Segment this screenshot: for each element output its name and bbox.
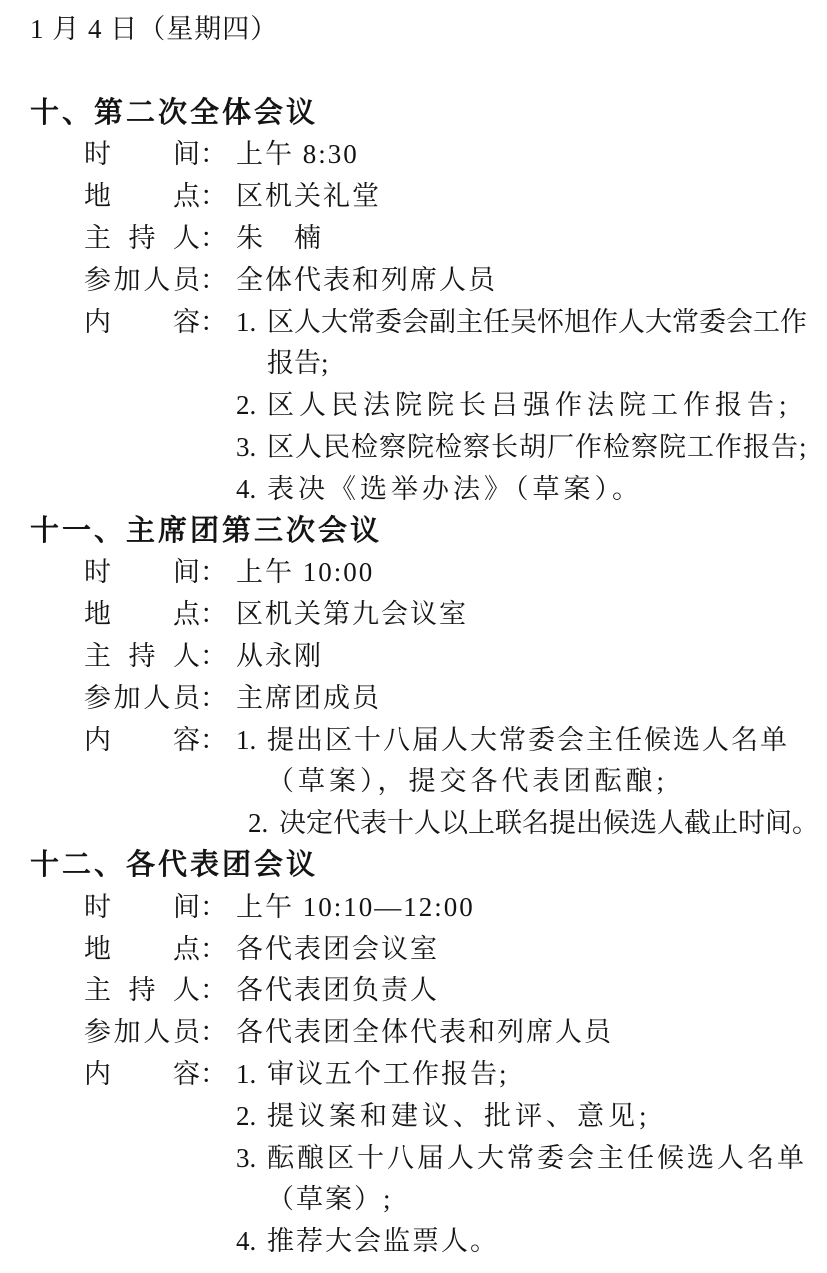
label-char: 点 [173, 594, 200, 636]
field-label: 参加人员 [84, 678, 200, 720]
label-colon: ： [200, 720, 227, 762]
field-value: 区机关礼堂 [236, 176, 381, 218]
field-label: 地点 [84, 929, 200, 971]
item-lines: 区人大常委会副主任吴怀旭作人大常委会工作报告; [267, 302, 807, 386]
label-char: 人 [173, 970, 200, 1012]
field-row-参加人员: 参加人员：全体代表和列席人员 [0, 260, 827, 302]
label-char: 容 [173, 720, 200, 762]
label-char: 人 [173, 636, 200, 678]
field-label: 地点 [84, 176, 200, 218]
item-number: 2. [248, 803, 279, 845]
item-lines: 表决《选举办法》（草案）。 [267, 469, 643, 511]
section-3: 十二、各代表团会议时间：上午 10:10—12:00地点：各代表团会议室主持人：… [0, 845, 827, 1263]
content-line: 区人民法院院长吕强作法院工作报告; [267, 385, 792, 427]
label-char: 加 [114, 260, 141, 302]
field-label: 时间 [84, 887, 200, 929]
content-line: 报告; [267, 343, 807, 385]
label-char: 加 [114, 678, 141, 720]
content-item-1.: 1.区人大常委会副主任吴怀旭作人大常委会工作报告; [236, 302, 808, 386]
label-char: 参 [84, 678, 111, 720]
label-colon: ： [200, 929, 227, 971]
label-char: 员 [173, 260, 200, 302]
field-label-line: 主持人： [84, 970, 227, 1012]
content-item-2.: 2.决定代表十人以上联名提出候选人截止时间。 [248, 803, 819, 845]
item-lines: 区人民检察院检察长胡厂作检察院工作报告; [267, 427, 808, 469]
field-label: 主持人 [84, 970, 200, 1012]
field-label: 内容 [84, 302, 200, 344]
field-row-内容: 内容：1.提出区十八届人大常委会主任候选人名单（草案），提交各代表团酝酿;2.决… [0, 720, 827, 845]
content-line: 区人民检察院检察长胡厂作检察院工作报告; [267, 427, 808, 469]
field-row-参加人员: 参加人员：各代表团全体代表和列席人员 [0, 1012, 827, 1054]
content-line: 提出区十八届人大常委会主任候选人名单 [267, 720, 789, 762]
field-value: 朱 楠 [236, 218, 323, 260]
item-number: 2. [236, 385, 267, 427]
label-char: 人 [143, 260, 170, 302]
label-colon: ： [200, 176, 227, 218]
label-char: 时 [84, 887, 111, 929]
label-char: 地 [84, 929, 111, 971]
item-number: 4. [236, 1221, 267, 1263]
document-page: 1 月 4 日（星期四） 十、第二次全体会议时间：上午 8:30地点：区机关礼堂… [0, 0, 827, 1273]
section-heading: 十二、各代表团会议 [30, 845, 827, 887]
field-value: 各代表团会议室 [236, 929, 439, 971]
content-item-2.: 2.区人民法院院长吕强作法院工作报告; [236, 385, 808, 427]
field-row-地点: 地点：区机关第九会议室 [0, 594, 827, 636]
field-label: 内容 [84, 1054, 200, 1096]
field-label-line: 参加人员： [84, 260, 227, 302]
label-char: 持 [129, 636, 156, 678]
field-label-line: 主持人： [84, 636, 227, 678]
label-colon: ： [200, 302, 227, 344]
label-char: 内 [84, 720, 111, 762]
label-char: 容 [173, 302, 200, 344]
item-lines: 推荐大会监票人。 [267, 1221, 499, 1263]
label-colon: ： [200, 134, 227, 176]
label-char: 人 [143, 1012, 170, 1054]
label-char: 参 [84, 1012, 111, 1054]
content-item-3.: 3.酝酿区十八届人大常委会主任候选人名单（草案）; [236, 1138, 807, 1222]
content-line: 酝酿区十八届人大常委会主任候选人名单 [267, 1138, 807, 1180]
item-number: 3. [236, 1138, 267, 1180]
label-colon: ： [200, 887, 227, 929]
label-colon: ： [200, 260, 227, 302]
item-lines: 决定代表十人以上联名提出候选人截止时间。 [279, 803, 819, 845]
label-char: 点 [173, 929, 200, 971]
field-label: 时间 [84, 552, 200, 594]
item-lines: 提出区十八届人大常委会主任候选人名单（草案），提交各代表团酝酿; [267, 720, 789, 804]
content-line: 表决《选举办法》（草案）。 [267, 469, 643, 511]
label-colon: ： [200, 218, 227, 260]
field-value: 上午 10:00 [236, 552, 374, 594]
field-row-地点: 地点：区机关礼堂 [0, 176, 827, 218]
content-line: 区人大常委会副主任吴怀旭作人大常委会工作 [267, 302, 807, 344]
field-label-line: 内容： [84, 1054, 227, 1096]
item-number: 4. [236, 469, 267, 511]
item-lines: 酝酿区十八届人大常委会主任候选人名单（草案）; [267, 1138, 807, 1222]
item-number: 1. [236, 302, 267, 344]
field-value: 各代表团全体代表和列席人员 [236, 1012, 613, 1054]
section-1: 十、第二次全体会议时间：上午 8:30地点：区机关礼堂主持人：朱 楠参加人员：全… [0, 93, 827, 511]
item-number: 1. [236, 720, 267, 762]
label-colon: ： [200, 636, 227, 678]
content-items: 1.提出区十八届人大常委会主任候选人名单（草案），提交各代表团酝酿;2.决定代表… [236, 720, 819, 845]
label-char: 人 [143, 678, 170, 720]
field-label: 参加人员 [84, 1012, 200, 1054]
label-char: 内 [84, 302, 111, 344]
content-items: 1.审议五个工作报告;2.提议案和建议、批评、意见;3.酝酿区十八届人大常委会主… [236, 1054, 807, 1263]
field-label-line: 内容： [84, 720, 227, 762]
label-colon: ： [200, 1012, 227, 1054]
label-char: 人 [173, 218, 200, 260]
field-row-主持人: 主持人：朱 楠 [0, 218, 827, 260]
item-number: 2. [236, 1096, 267, 1138]
section-2: 十一、主席团第三次会议时间：上午 10:00地点：区机关第九会议室主持人：从永刚… [0, 511, 827, 845]
field-row-地点: 地点：各代表团会议室 [0, 929, 827, 971]
field-label: 地点 [84, 594, 200, 636]
label-char: 主 [84, 970, 111, 1012]
field-label-line: 地点： [84, 176, 227, 218]
field-value: 从永刚 [236, 636, 323, 678]
field-label-line: 地点： [84, 929, 227, 971]
item-lines: 提议案和建议、批评、意见; [267, 1096, 651, 1138]
field-label-line: 主持人： [84, 218, 227, 260]
field-label-line: 参加人员： [84, 1012, 227, 1054]
label-char: 地 [84, 594, 111, 636]
label-char: 间 [173, 887, 200, 929]
field-row-时间: 时间：上午 10:00 [0, 552, 827, 594]
label-char: 持 [129, 970, 156, 1012]
content-line: （草案），提交各代表团酝酿; [267, 761, 789, 803]
item-lines: 区人民法院院长吕强作法院工作报告; [267, 385, 792, 427]
content-item-1.: 1.提出区十八届人大常委会主任候选人名单（草案），提交各代表团酝酿; [236, 720, 819, 804]
label-char: 时 [84, 134, 111, 176]
date-line: 1 月 4 日（星期四） [30, 9, 827, 51]
field-label: 主持人 [84, 636, 200, 678]
field-label-line: 时间： [84, 887, 227, 929]
field-value: 全体代表和列席人员 [236, 260, 497, 302]
label-char: 地 [84, 176, 111, 218]
label-char: 间 [173, 134, 200, 176]
label-colon: ： [200, 970, 227, 1012]
label-char: 员 [173, 678, 200, 720]
label-colon: ： [200, 1054, 227, 1096]
field-label: 参加人员 [84, 260, 200, 302]
content-item-2.: 2.提议案和建议、批评、意见; [236, 1096, 807, 1138]
label-char: 主 [84, 218, 111, 260]
content-item-1.: 1.审议五个工作报告; [236, 1054, 807, 1096]
field-row-时间: 时间：上午 10:10—12:00 [0, 887, 827, 929]
content-item-3.: 3.区人民检察院检察长胡厂作检察院工作报告; [236, 427, 808, 469]
field-value: 上午 8:30 [236, 134, 359, 176]
section-heading: 十、第二次全体会议 [30, 93, 827, 135]
sections-container: 十、第二次全体会议时间：上午 8:30地点：区机关礼堂主持人：朱 楠参加人员：全… [0, 93, 827, 1263]
field-row-时间: 时间：上午 8:30 [0, 134, 827, 176]
label-colon: ： [200, 552, 227, 594]
field-value: 上午 10:10—12:00 [236, 887, 475, 929]
label-char: 点 [173, 176, 200, 218]
item-lines: 审议五个工作报告; [267, 1054, 509, 1096]
field-label-line: 内容： [84, 302, 227, 344]
label-char: 容 [173, 1054, 200, 1096]
label-colon: ： [200, 678, 227, 720]
label-char: 员 [173, 1012, 200, 1054]
label-char: 主 [84, 636, 111, 678]
field-row-参加人员: 参加人员：主席团成员 [0, 678, 827, 720]
field-label: 内容 [84, 720, 200, 762]
content-line: 审议五个工作报告; [267, 1054, 509, 1096]
field-value: 主席团成员 [236, 678, 381, 720]
field-row-内容: 内容：1.区人大常委会副主任吴怀旭作人大常委会工作报告;2.区人民法院院长吕强作… [0, 302, 827, 511]
label-char: 时 [84, 552, 111, 594]
field-row-主持人: 主持人：各代表团负责人 [0, 970, 827, 1012]
item-number: 1. [236, 1054, 267, 1096]
field-row-内容: 内容：1.审议五个工作报告;2.提议案和建议、批评、意见;3.酝酿区十八届人大常… [0, 1054, 827, 1263]
content-line: 推荐大会监票人。 [267, 1221, 499, 1263]
field-value: 各代表团负责人 [236, 970, 439, 1012]
label-char: 加 [114, 1012, 141, 1054]
content-items: 1.区人大常委会副主任吴怀旭作人大常委会工作报告;2.区人民法院院长吕强作法院工… [236, 302, 808, 511]
field-label-line: 时间： [84, 552, 227, 594]
field-label: 时间 [84, 134, 200, 176]
label-char: 参 [84, 260, 111, 302]
content-item-4.: 4.表决《选举办法》（草案）。 [236, 469, 808, 511]
item-number: 3. [236, 427, 267, 469]
field-row-主持人: 主持人：从永刚 [0, 636, 827, 678]
content-line: 提议案和建议、批评、意见; [267, 1096, 651, 1138]
label-char: 持 [129, 218, 156, 260]
content-line: （草案）; [267, 1179, 807, 1221]
label-colon: ： [200, 594, 227, 636]
label-char: 内 [84, 1054, 111, 1096]
field-label-line: 参加人员： [84, 678, 227, 720]
content-item-4.: 4.推荐大会监票人。 [236, 1221, 807, 1263]
label-char: 间 [173, 552, 200, 594]
content-line: 决定代表十人以上联名提出候选人截止时间。 [279, 803, 819, 845]
field-label: 主持人 [84, 218, 200, 260]
section-heading: 十一、主席团第三次会议 [30, 511, 827, 553]
field-label-line: 时间： [84, 134, 227, 176]
field-label-line: 地点： [84, 594, 227, 636]
field-value: 区机关第九会议室 [236, 594, 468, 636]
